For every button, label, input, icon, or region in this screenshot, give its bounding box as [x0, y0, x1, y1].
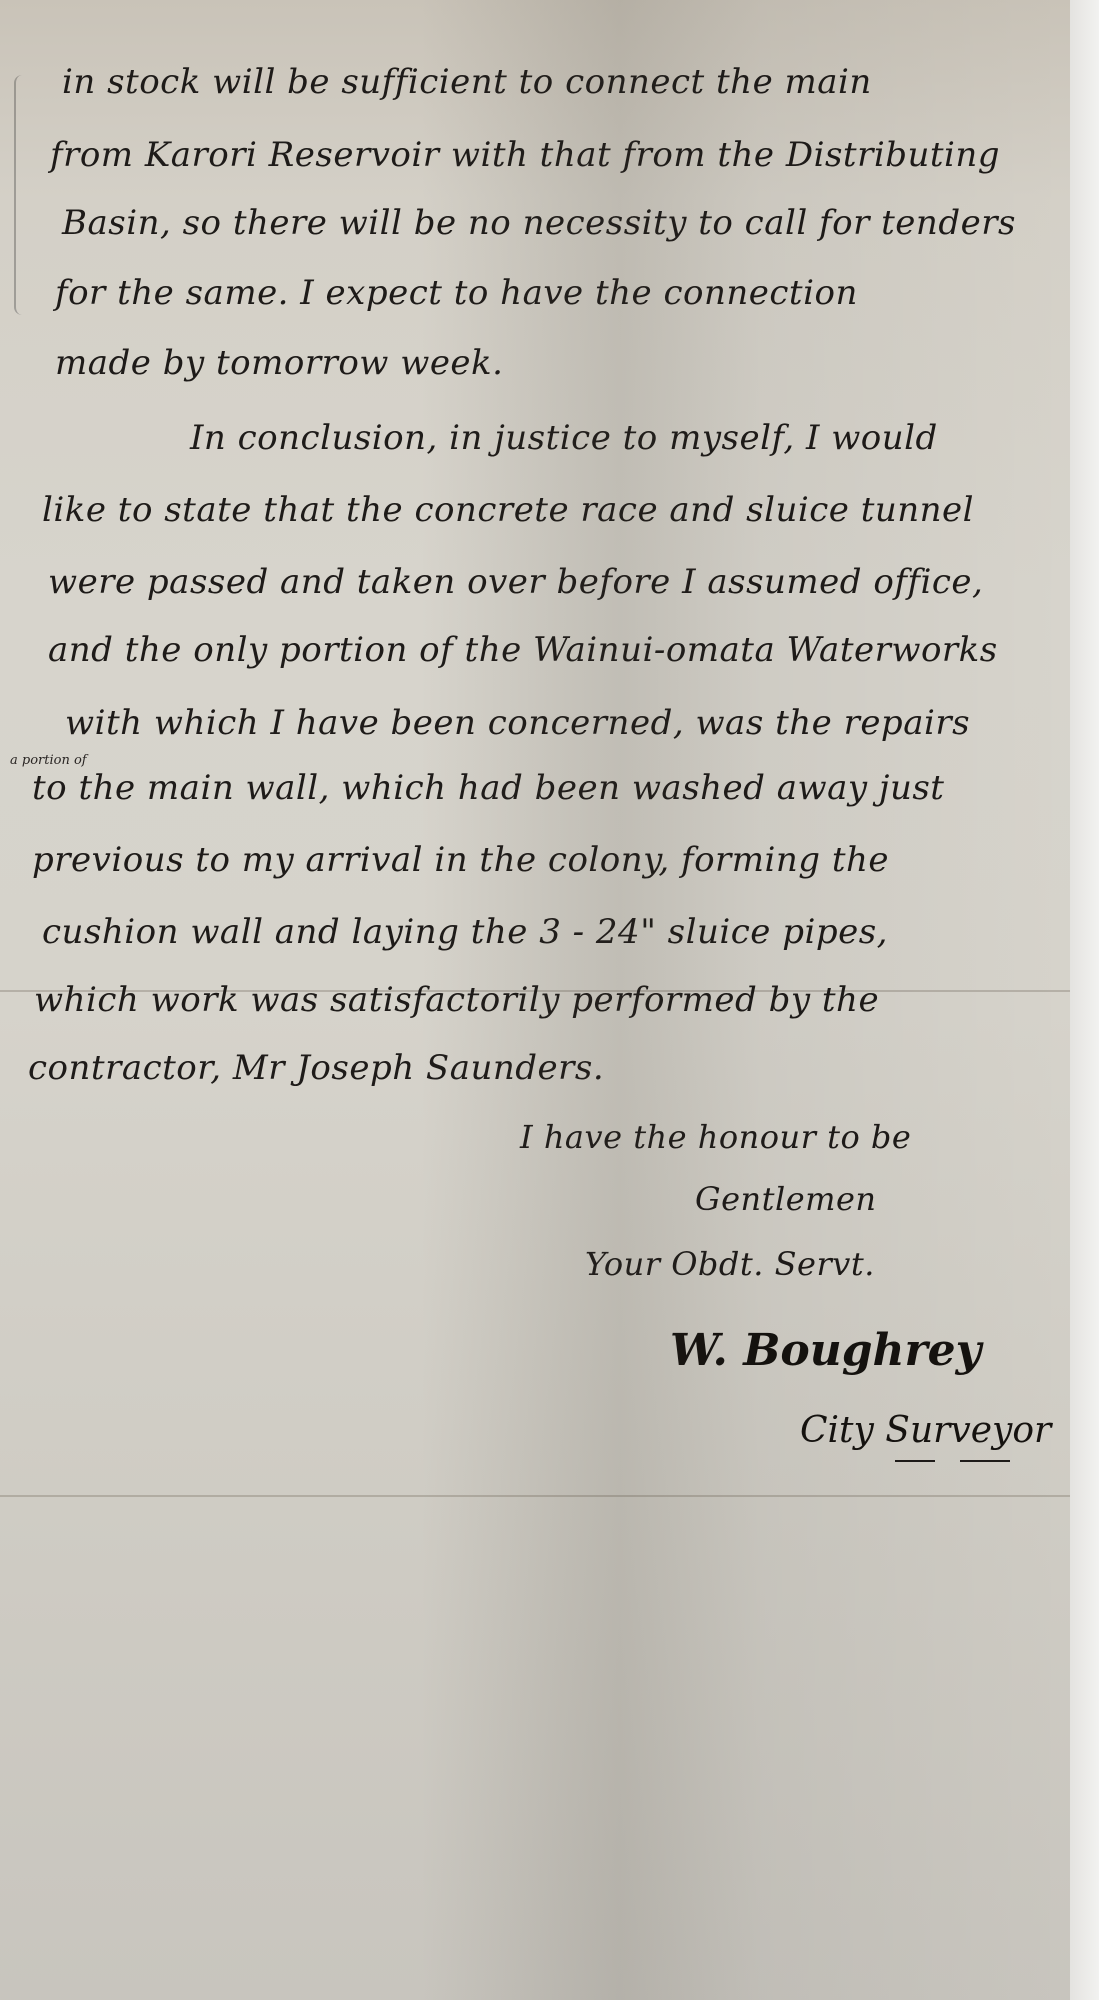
page-edge	[1070, 0, 1099, 2000]
body-line-10: with which I have been concerned, was th…	[65, 703, 970, 743]
body-line-1: in stock will be sufficient to connect t…	[62, 62, 872, 102]
body-line-13: cushion wall and laying the 3 - 24" slui…	[42, 912, 888, 952]
closing-line-3: Your Obdt. Servt.	[585, 1245, 875, 1283]
signature-underline	[895, 1460, 935, 1462]
closing-line-2: Gentlemen	[695, 1180, 877, 1218]
signature-title: City Surveyor	[800, 1410, 1051, 1451]
body-line-5: made by tomorrow week.	[55, 343, 503, 383]
body-line-15: contractor, Mr Joseph Saunders.	[28, 1048, 604, 1088]
body-line-3: Basin, so there will be no necessity to …	[62, 203, 1016, 243]
body-line-4: for the same. I expect to have the conne…	[55, 273, 858, 313]
body-line-8: were passed and taken over before I assu…	[48, 562, 983, 602]
body-line-14: which work was satisfactorily performed …	[34, 980, 879, 1020]
signature-name: W. Boughrey	[670, 1325, 981, 1376]
paper-fold	[0, 1495, 1070, 1497]
body-line-12: previous to my arrival in the colony, fo…	[32, 840, 889, 880]
body-line-2: from Karori Reservoir with that from the…	[50, 135, 1000, 175]
body-line-9: and the only portion of the Wainui-omata…	[48, 630, 998, 670]
signature-underline	[960, 1460, 1010, 1462]
letter-page: in stock will be sufficient to connect t…	[0, 0, 1070, 2000]
insertion-note: a portion of	[10, 753, 87, 768]
body-line-7: like to state that the concrete race and…	[42, 490, 974, 530]
body-line-6: In conclusion, in justice to myself, I w…	[190, 418, 938, 458]
body-line-11: to the main wall, which had been washed …	[32, 768, 944, 808]
margin-bracket	[14, 75, 26, 315]
closing-line-1: I have the honour to be	[520, 1118, 911, 1156]
